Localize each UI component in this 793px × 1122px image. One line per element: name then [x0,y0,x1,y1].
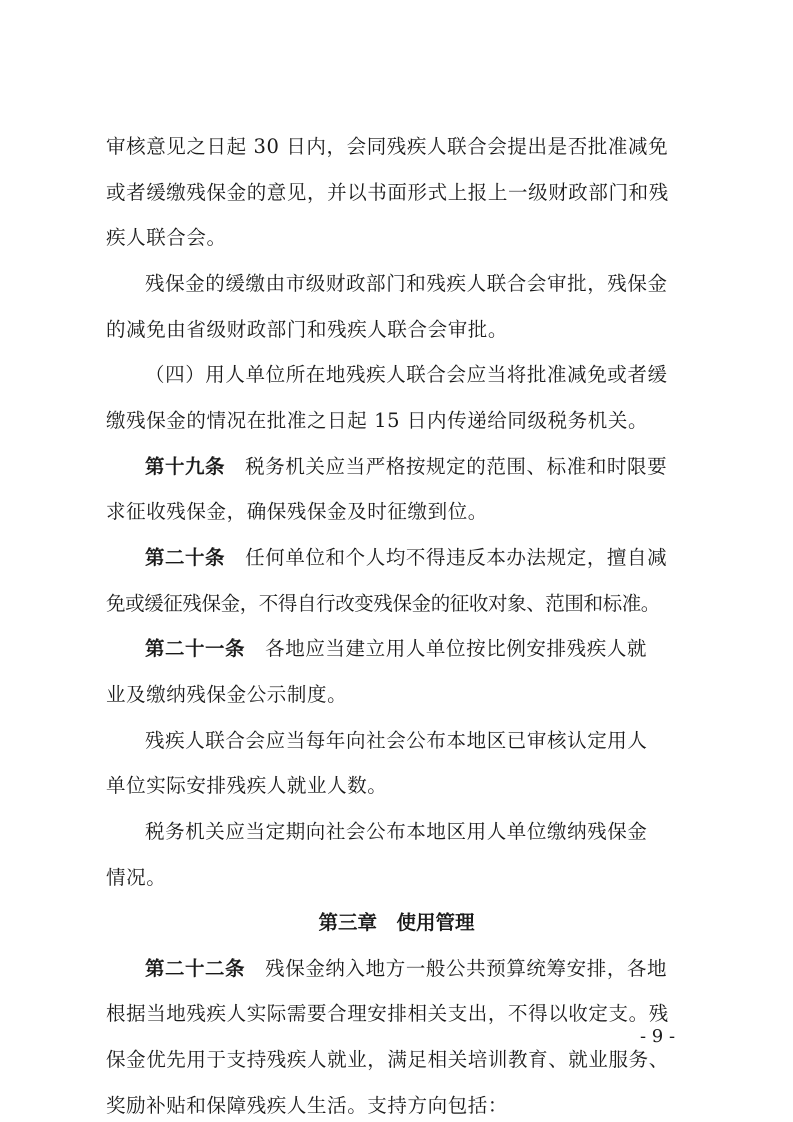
paragraph-line: 疾人联合会。 [106,224,690,252]
document-page: 审核意见之日起 30 日内，会同残疾人联合会提出是否批准减免 或者缓缴残保金的意… [0,0,793,1122]
paragraph-line: 审核意见之日起 30 日内，会同残疾人联合会提出是否批准减免 [106,133,690,161]
article-number: 第二十一条 [145,637,245,660]
paragraph-line: 税务机关应当定期向社会公布本地区用人单位缴纳残保金 [145,818,729,846]
paragraph-line: 免或缓征残保金，不得自行改变残保金的征收对象、范围和标准。 [106,590,690,618]
article-number: 第十九条 [145,455,225,478]
paragraph-line: （四）用人单位所在地残疾人联合会应当将批准减免或者缓 [145,361,729,389]
paragraph-line: 情况。 [106,864,690,892]
paragraph-line: 残疾人联合会应当每年向社会公布本地区已审核认定用人 [145,727,729,755]
article-line: 第二十条 任何单位和个人均不得违反本办法规定，擅自减 [145,544,729,572]
paragraph-line: 单位实际安排残疾人就业人数。 [106,772,690,800]
article-number: 第二十二条 [145,957,245,980]
article-number: 第二十条 [145,546,225,569]
article-text: 残保金纳入地方一般公共预算统筹安排，各地 [265,957,667,980]
page-number: - 9 - [640,1026,675,1047]
paragraph-line: 或者缓缴残保金的意见，并以书面形式上报上一级财政部门和残 [106,179,690,207]
article-line: 第十九条 税务机关应当严格按规定的范围、标准和时限要 [145,453,729,481]
paragraph-line: 根据当地残疾人实际需要合理安排相关支出，不得以收定支。残 [106,1000,690,1028]
article-line: 第二十二条 残保金纳入地方一般公共预算统筹安排，各地 [145,955,729,983]
paragraph-line: 保金优先用于支持残疾人就业，满足相关培训教育、就业服务、 [106,1046,690,1074]
paragraph-line: 缴残保金的情况在批准之日起 15 日内传递给同级税务机关。 [106,407,690,435]
paragraph-line: 业及缴纳残保金公示制度。 [106,681,690,709]
paragraph-line: 求征收残保金，确保残保金及时征缴到位。 [106,498,690,526]
article-text: 各地应当建立用人单位按比例安排残疾人就 [265,637,647,660]
article-text: 税务机关应当严格按规定的范围、标准和时限要 [245,455,667,478]
paragraph-line: 残保金的缓缴由市级财政部门和残疾人联合会审批，残保金 [145,270,729,298]
paragraph-line: 奖励补贴和保障残疾人生活。支持方向包括： [106,1092,690,1120]
paragraph-line: 的减免由省级财政部门和残疾人联合会审批。 [106,316,690,344]
article-line: 第二十一条 各地应当建立用人单位按比例安排残疾人就 [145,635,729,663]
article-text: 任何单位和个人均不得违反本办法规定，擅自减 [245,546,667,569]
chapter-heading: 第三章 使用管理 [0,909,793,937]
